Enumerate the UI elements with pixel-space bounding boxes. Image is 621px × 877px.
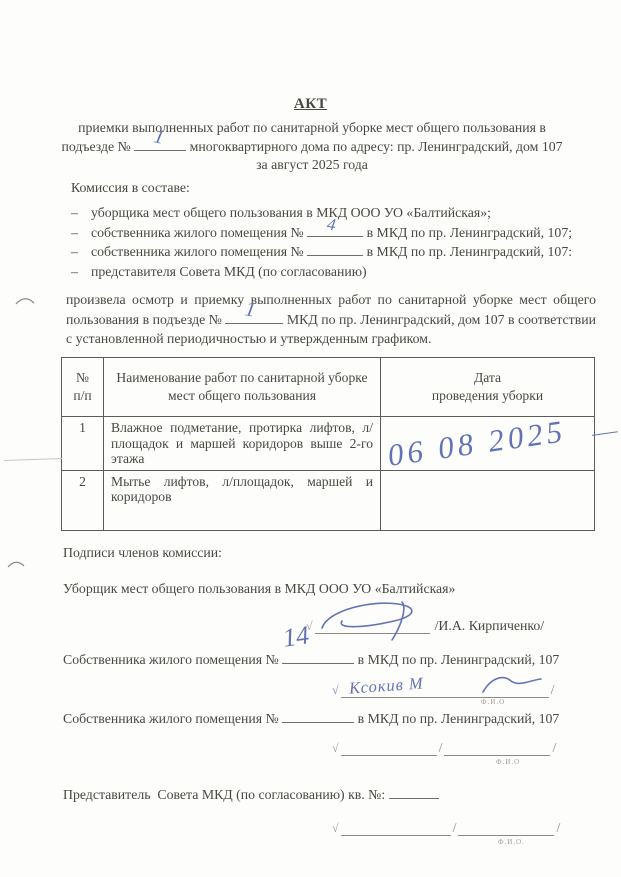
check-mark: √: [332, 683, 339, 698]
representative-role-line: Представитель Совета МКД (по согласовани…: [63, 786, 603, 803]
member-text-pre: собственника жилого помещения №: [91, 244, 304, 259]
row-work: Мытье лифтов, л/площадок, маршей и корид…: [104, 470, 381, 530]
fio-label: Ф.И.О: [496, 758, 520, 766]
handwritten-date-tail-stroke: [592, 431, 618, 438]
col-header-work: Наименование работ по санитарной уборке …: [104, 358, 381, 417]
slash-separator: /: [552, 740, 556, 756]
slash-separator: /: [453, 820, 457, 836]
member-item-owner1: – собственника жилого помещения № 4 в МК…: [71, 223, 596, 243]
handwritten-note-14: 14: [281, 620, 311, 653]
member-text-post: в МКД по пр. Ленинградский, 107:: [367, 244, 572, 259]
owner1-signature-stroke: [479, 672, 543, 696]
margin-pen-arc-1: [14, 294, 36, 306]
cleaner-printed-name: /И.А. Кирпиченко/: [435, 618, 545, 634]
owner2-number-blank: [282, 710, 354, 723]
member-item-owner2: – собственника жилого помещения № в МКД …: [71, 242, 596, 262]
cleaner-role-line: Уборщик мест общего пользования в МКД ОО…: [63, 581, 455, 597]
scanned-act-document: АКТ приемки выполненных работ по санитар…: [0, 0, 621, 877]
representative-name-line: [458, 822, 554, 836]
owner2-pre: Собственника жилого помещения №: [63, 711, 279, 726]
member-text: представителя Совета МКД (по согласовани…: [91, 262, 367, 282]
fio-label: Ф.И.О.: [498, 838, 525, 846]
body-entrance-blank: 1: [225, 311, 283, 324]
scan-artifact-line: [4, 458, 62, 461]
owner1-role-line: Собственника жилого помещения № в МКД по…: [63, 651, 593, 668]
owner1-apartment-blank: 4: [307, 224, 363, 237]
slash-separator: /: [439, 740, 443, 756]
member-text-pre: собственника жилого помещения №: [91, 225, 304, 240]
entrance-number-blank: 1: [134, 138, 186, 151]
row-num: 1: [62, 417, 104, 471]
member-item-cleaner: – уборщика мест общего пользования в МКД…: [71, 203, 596, 223]
owner2-apartment-blank: [307, 243, 363, 256]
owner1-signature-line: Ксокив М: [341, 684, 549, 698]
owner1-signature-row: √ Ксокив М /: [332, 682, 556, 698]
check-mark: √: [332, 741, 339, 756]
owner2-signature-line: [341, 742, 437, 756]
owner1-post: в МКД по пр. Ленинградский, 107: [358, 652, 560, 667]
document-title: АКТ: [294, 96, 327, 112]
member-text: собственника жилого помещения № в МКД по…: [91, 242, 572, 262]
handwritten-owner1-name: Ксокив М: [348, 673, 424, 698]
member-text: уборщика мест общего пользования в МКД О…: [91, 203, 491, 223]
margin-pen-arc-2: [6, 558, 26, 569]
representative-apartment-blank: [389, 786, 439, 799]
document-title-wrap: АКТ: [0, 96, 621, 113]
fio-label: Ф.И.О: [481, 698, 505, 706]
intro-line2-post: многоквартирного дома по адресу: пр. Лен…: [190, 139, 563, 154]
slash-separator: /: [551, 682, 555, 698]
col-header-date: Дата проведения уборки: [381, 358, 595, 417]
dash-marker: –: [71, 242, 91, 262]
dash-marker: –: [71, 262, 91, 282]
dash-marker: –: [71, 223, 91, 243]
owner1-pre: Собственника жилого помещения №: [63, 652, 279, 667]
owner2-post: в МКД по пр. Ленинградский, 107: [358, 711, 560, 726]
row-date: [381, 470, 595, 530]
representative-text: Представитель Совета МКД (по согласовани…: [63, 787, 385, 802]
slash-separator: /: [556, 820, 560, 836]
owner1-number-blank: [282, 651, 354, 664]
row-work: Влажное подметание, протирка лифтов, л/п…: [104, 417, 381, 471]
representative-signature-row: √ / /: [332, 820, 562, 836]
representative-signature-line: [341, 822, 451, 836]
intro-line2-pre: подъезде №: [61, 139, 130, 154]
owner2-role-line: Собственника жилого помещения № в МКД по…: [63, 710, 593, 727]
intro-line2: подъезде № 1 многоквартирного дома по ад…: [48, 138, 576, 157]
member-text-post: в МКД по пр. Ленинградский, 107;: [367, 225, 572, 240]
owner2-name-line: [444, 742, 550, 756]
body-paragraph: произвела осмотр и приемку выполненных р…: [66, 290, 596, 349]
member-item-representative: – представителя Совета МКД (по согласова…: [71, 262, 596, 282]
commission-members-list: – уборщика мест общего пользования в МКД…: [71, 203, 596, 281]
owner2-signature-row: √ / /: [332, 740, 558, 756]
signatures-heading: Подписи членов комиссии:: [63, 545, 222, 561]
commission-heading: Комиссия в составе:: [71, 180, 190, 196]
table-row: 2 Мытье лифтов, л/площадок, маршей и кор…: [62, 470, 595, 530]
intro-line1: приемки выполненных работ по санитарной …: [48, 119, 576, 138]
intro-paragraph: приемки выполненных работ по санитарной …: [48, 119, 576, 175]
member-text: собственника жилого помещения № 4 в МКД …: [91, 223, 572, 243]
col-header-num: № п/п: [62, 358, 104, 417]
dash-marker: –: [71, 203, 91, 223]
check-mark: √: [332, 821, 339, 836]
cleaner-signature-stroke: [314, 596, 432, 646]
intro-line3: за август 2025 года: [48, 156, 576, 175]
row-num: 2: [62, 470, 104, 530]
table-header-row: № п/п Наименование работ по санитарной у…: [62, 358, 595, 417]
